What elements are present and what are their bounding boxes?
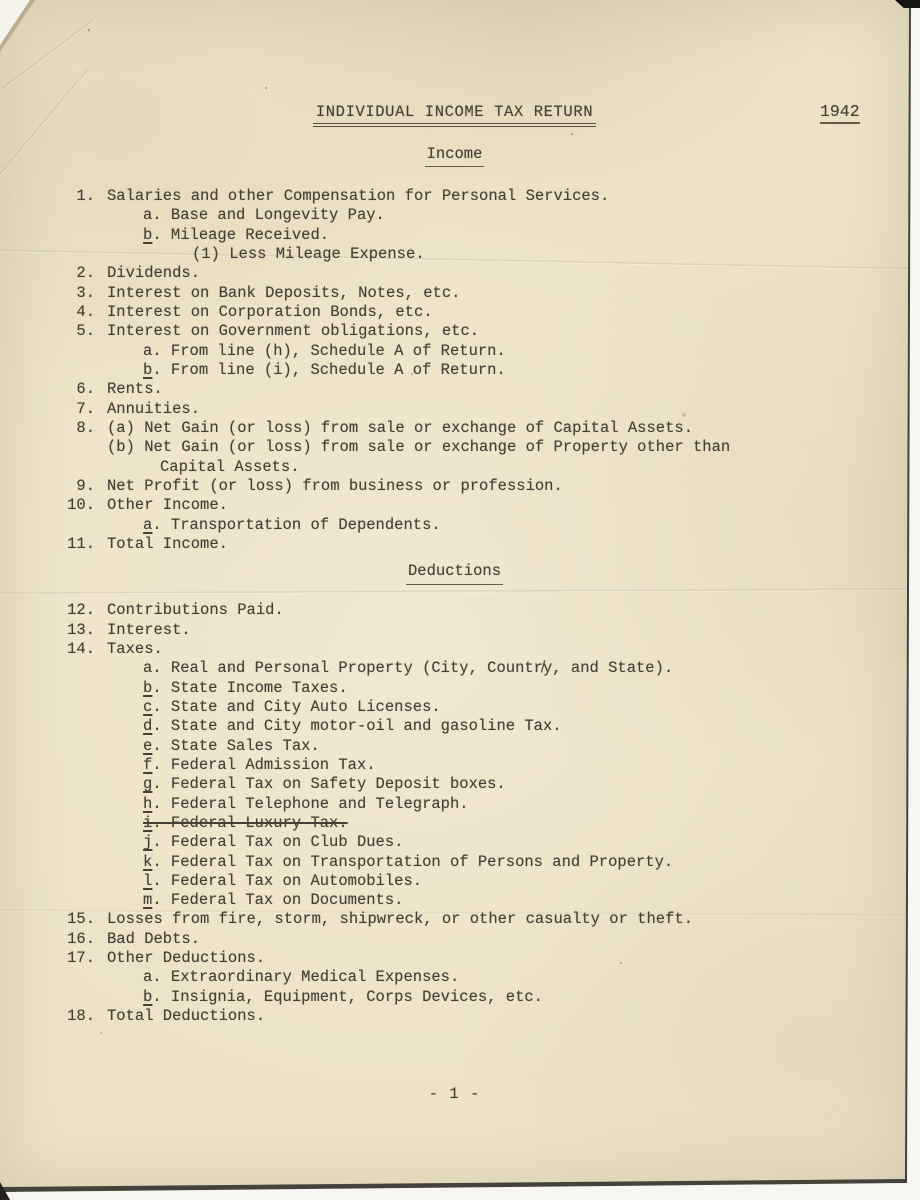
item-number: 14. [52, 640, 95, 659]
item-number: 6. [52, 380, 95, 399]
item-text: (1) Less Mileage Expense. [192, 245, 425, 264]
list-item: 9.Net Profit (or loss) from business or … [0, 477, 909, 496]
item-number: 8. [52, 419, 95, 438]
list-item: k. Federal Tax on Transportation of Pers… [0, 853, 909, 872]
item-letter: h [143, 795, 152, 813]
item-letter: i [143, 814, 152, 832]
item-number: 18. [52, 1007, 95, 1026]
item-letter: l [143, 872, 152, 890]
item-text: Annuities. [107, 400, 200, 419]
item-number: 17. [52, 949, 95, 968]
page-number: - 1 - [0, 1085, 909, 1104]
item-text: g. Federal Tax on Safety Deposit boxes. [143, 775, 506, 794]
income-list: 1.Salaries and other Compensation for Pe… [0, 187, 909, 554]
item-text: k. Federal Tax on Transportation of Pers… [143, 853, 673, 872]
item-number: 10. [52, 496, 95, 515]
item-letter: a [143, 516, 152, 534]
item-text: Net Profit (or loss) from business or pr… [107, 477, 563, 496]
list-item: a. Base and Longevity Pay. [0, 206, 909, 225]
item-number: 15. [52, 910, 95, 929]
item-letter: b [143, 361, 152, 379]
paper-sheet: INDIVIDUAL INCOME TAX RETURN 1942 Income… [0, 0, 909, 1189]
item-text: Dividends. [107, 264, 200, 283]
item-letter: j [143, 833, 152, 851]
list-item: 10.Other Income. [0, 496, 909, 515]
list-item: 2.Dividends. [0, 264, 909, 283]
item-number: 2. [52, 264, 95, 283]
list-item: m. Federal Tax on Documents. [0, 891, 909, 910]
list-item: 4.Interest on Corporation Bonds, etc. [0, 303, 909, 322]
list-item: l. Federal Tax on Automobiles. [0, 872, 909, 891]
list-item: a. Extraordinary Medical Expenses. [0, 968, 909, 987]
item-number: 16. [52, 930, 95, 949]
document-year: 1942 [820, 102, 860, 124]
item-letter: e [143, 737, 152, 755]
item-letter: (1) [192, 245, 220, 263]
item-letter: a. [143, 968, 162, 986]
item-letter: c [143, 698, 152, 716]
item-text: d. State and City motor-oil and gasoline… [143, 717, 562, 736]
list-item: d. State and City motor-oil and gasoline… [0, 717, 909, 736]
item-text: a. Real and Personal Property (City, Cou… [143, 659, 673, 678]
page-title: INDIVIDUAL INCOME TAX RETURN [313, 103, 596, 127]
list-item: i. Federal Luxury Tax. [0, 814, 909, 833]
list-item: j. Federal Tax on Club Dues. [0, 833, 909, 852]
item-text: l. Federal Tax on Automobiles. [143, 872, 422, 891]
item-text: m. Federal Tax on Documents. [143, 891, 403, 910]
section-deductions: Deductions 12.Contributions Paid.13.Inte… [0, 562, 909, 1026]
item-text: Interest on Bank Deposits, Notes, etc. [107, 284, 460, 303]
list-item: (b) Net Gain (or loss) from sale or exch… [0, 438, 909, 457]
item-text: b. Mileage Received. [143, 226, 329, 245]
item-text: Total Income. [107, 535, 228, 554]
item-text: Interest. [107, 621, 191, 640]
item-text: i. Federal Luxury Tax. [143, 814, 348, 833]
item-number: 13. [52, 621, 95, 640]
item-letter: a. [143, 659, 162, 677]
list-item: 16.Bad Debts. [0, 930, 909, 949]
list-item: 14.Taxes. [0, 640, 909, 659]
list-item: 6.Rents. [0, 380, 909, 399]
item-number: 3. [52, 284, 95, 303]
item-letter: b [143, 679, 152, 697]
item-text: a. From line (h), Schedule A of Return. [143, 342, 506, 361]
item-letter: b [143, 988, 152, 1006]
list-item: b. State Income Taxes. [0, 679, 909, 698]
item-number: 5. [52, 322, 95, 341]
list-item: b. From line (i), Schedule A of Return. [0, 361, 909, 380]
section-heading: Income [0, 145, 909, 164]
item-text: Other Income. [107, 496, 228, 515]
section-income: Income 1.Salaries and other Compensation… [0, 145, 909, 554]
item-text: b. Insignia, Equipment, Corps Devices, e… [143, 988, 543, 1007]
list-item: 3.Interest on Bank Deposits, Notes, etc. [0, 284, 909, 303]
item-text: (a) Net Gain (or loss) from sale or exch… [107, 419, 693, 438]
item-number: 4. [52, 303, 95, 322]
item-letter: f [143, 756, 152, 774]
item-text: Salaries and other Compensation for Pers… [107, 187, 609, 206]
item-number: 7. [52, 400, 95, 419]
item-text: Contributions Paid. [107, 601, 284, 620]
item-letter: a. [143, 342, 162, 360]
item-letter: m [143, 891, 152, 909]
list-item: a. Real and Personal Property (City, Cou… [0, 659, 909, 678]
item-letter: b [143, 226, 152, 244]
item-letter: g [143, 775, 152, 793]
list-item: f. Federal Admission Tax. [0, 756, 909, 775]
item-text: b. From line (i), Schedule A of Return. [143, 361, 506, 380]
list-item: 13.Interest. [0, 621, 909, 640]
list-item: h. Federal Telephone and Telegraph. [0, 795, 909, 814]
item-text: e. State Sales Tax. [143, 737, 320, 756]
list-item: b. Mileage Received. [0, 226, 909, 245]
list-item: 7.Annuities. [0, 400, 909, 419]
item-text: Losses from fire, storm, shipwreck, or o… [107, 910, 693, 929]
item-text: Rents. [107, 380, 163, 399]
list-item: a. Transportation of Dependents. [0, 516, 909, 535]
item-text: j. Federal Tax on Club Dues. [143, 833, 403, 852]
section-heading: Deductions [0, 562, 909, 581]
list-item: b. Insignia, Equipment, Corps Devices, e… [0, 988, 909, 1007]
item-text: a. Base and Longevity Pay. [143, 206, 385, 225]
item-letter: a. [143, 206, 162, 224]
item-text: (b) Net Gain (or loss) from sale or exch… [107, 438, 730, 457]
item-text: a. Transportation of Dependents. [143, 516, 441, 535]
list-item: e. State Sales Tax. [0, 737, 909, 756]
list-item: g. Federal Tax on Safety Deposit boxes. [0, 775, 909, 794]
list-item: 17.Other Deductions. [0, 949, 909, 968]
item-number: 11. [52, 535, 95, 554]
item-number: 9. [52, 477, 95, 496]
item-text: Interest on Corporation Bonds, etc. [107, 303, 433, 322]
item-letter: d [143, 717, 152, 735]
item-text: Other Deductions. [107, 949, 265, 968]
item-number: 1. [52, 187, 95, 206]
item-text: Total Deductions. [107, 1007, 265, 1026]
list-item: 12.Contributions Paid. [0, 601, 909, 620]
list-item: Capital Assets. [0, 458, 909, 477]
list-item: 11.Total Income. [0, 535, 909, 554]
section-heading-label: Income [425, 145, 485, 167]
deductions-list: 12.Contributions Paid.13.Interest.14.Tax… [0, 601, 909, 1026]
list-item: a. From line (h), Schedule A of Return. [0, 342, 909, 361]
section-heading-label: Deductions [406, 562, 503, 584]
item-text: f. Federal Admission Tax. [143, 756, 376, 775]
item-number: 12. [52, 601, 95, 620]
list-item: 1.Salaries and other Compensation for Pe… [0, 187, 909, 206]
item-letter: k [143, 853, 152, 871]
list-item: c. State and City Auto Licenses. [0, 698, 909, 717]
item-text: Bad Debts. [107, 930, 200, 949]
list-item: 18.Total Deductions. [0, 1007, 909, 1026]
item-text: a. Extraordinary Medical Expenses. [143, 968, 459, 987]
item-text: Capital Assets. [160, 458, 300, 477]
item-text: b. State Income Taxes. [143, 679, 348, 698]
list-item: 5.Interest on Government obligations, et… [0, 322, 909, 341]
item-text: h. Federal Telephone and Telegraph. [143, 795, 469, 814]
list-item: 15.Losses from fire, storm, shipwreck, o… [0, 910, 909, 929]
list-item: (1) Less Mileage Expense. [0, 245, 909, 264]
item-text: Taxes. [107, 640, 163, 659]
list-item: 8.(a) Net Gain (or loss) from sale or ex… [0, 419, 909, 438]
item-text: Interest on Government obligations, etc. [107, 322, 479, 341]
item-text: c. State and City Auto Licenses. [143, 698, 441, 717]
